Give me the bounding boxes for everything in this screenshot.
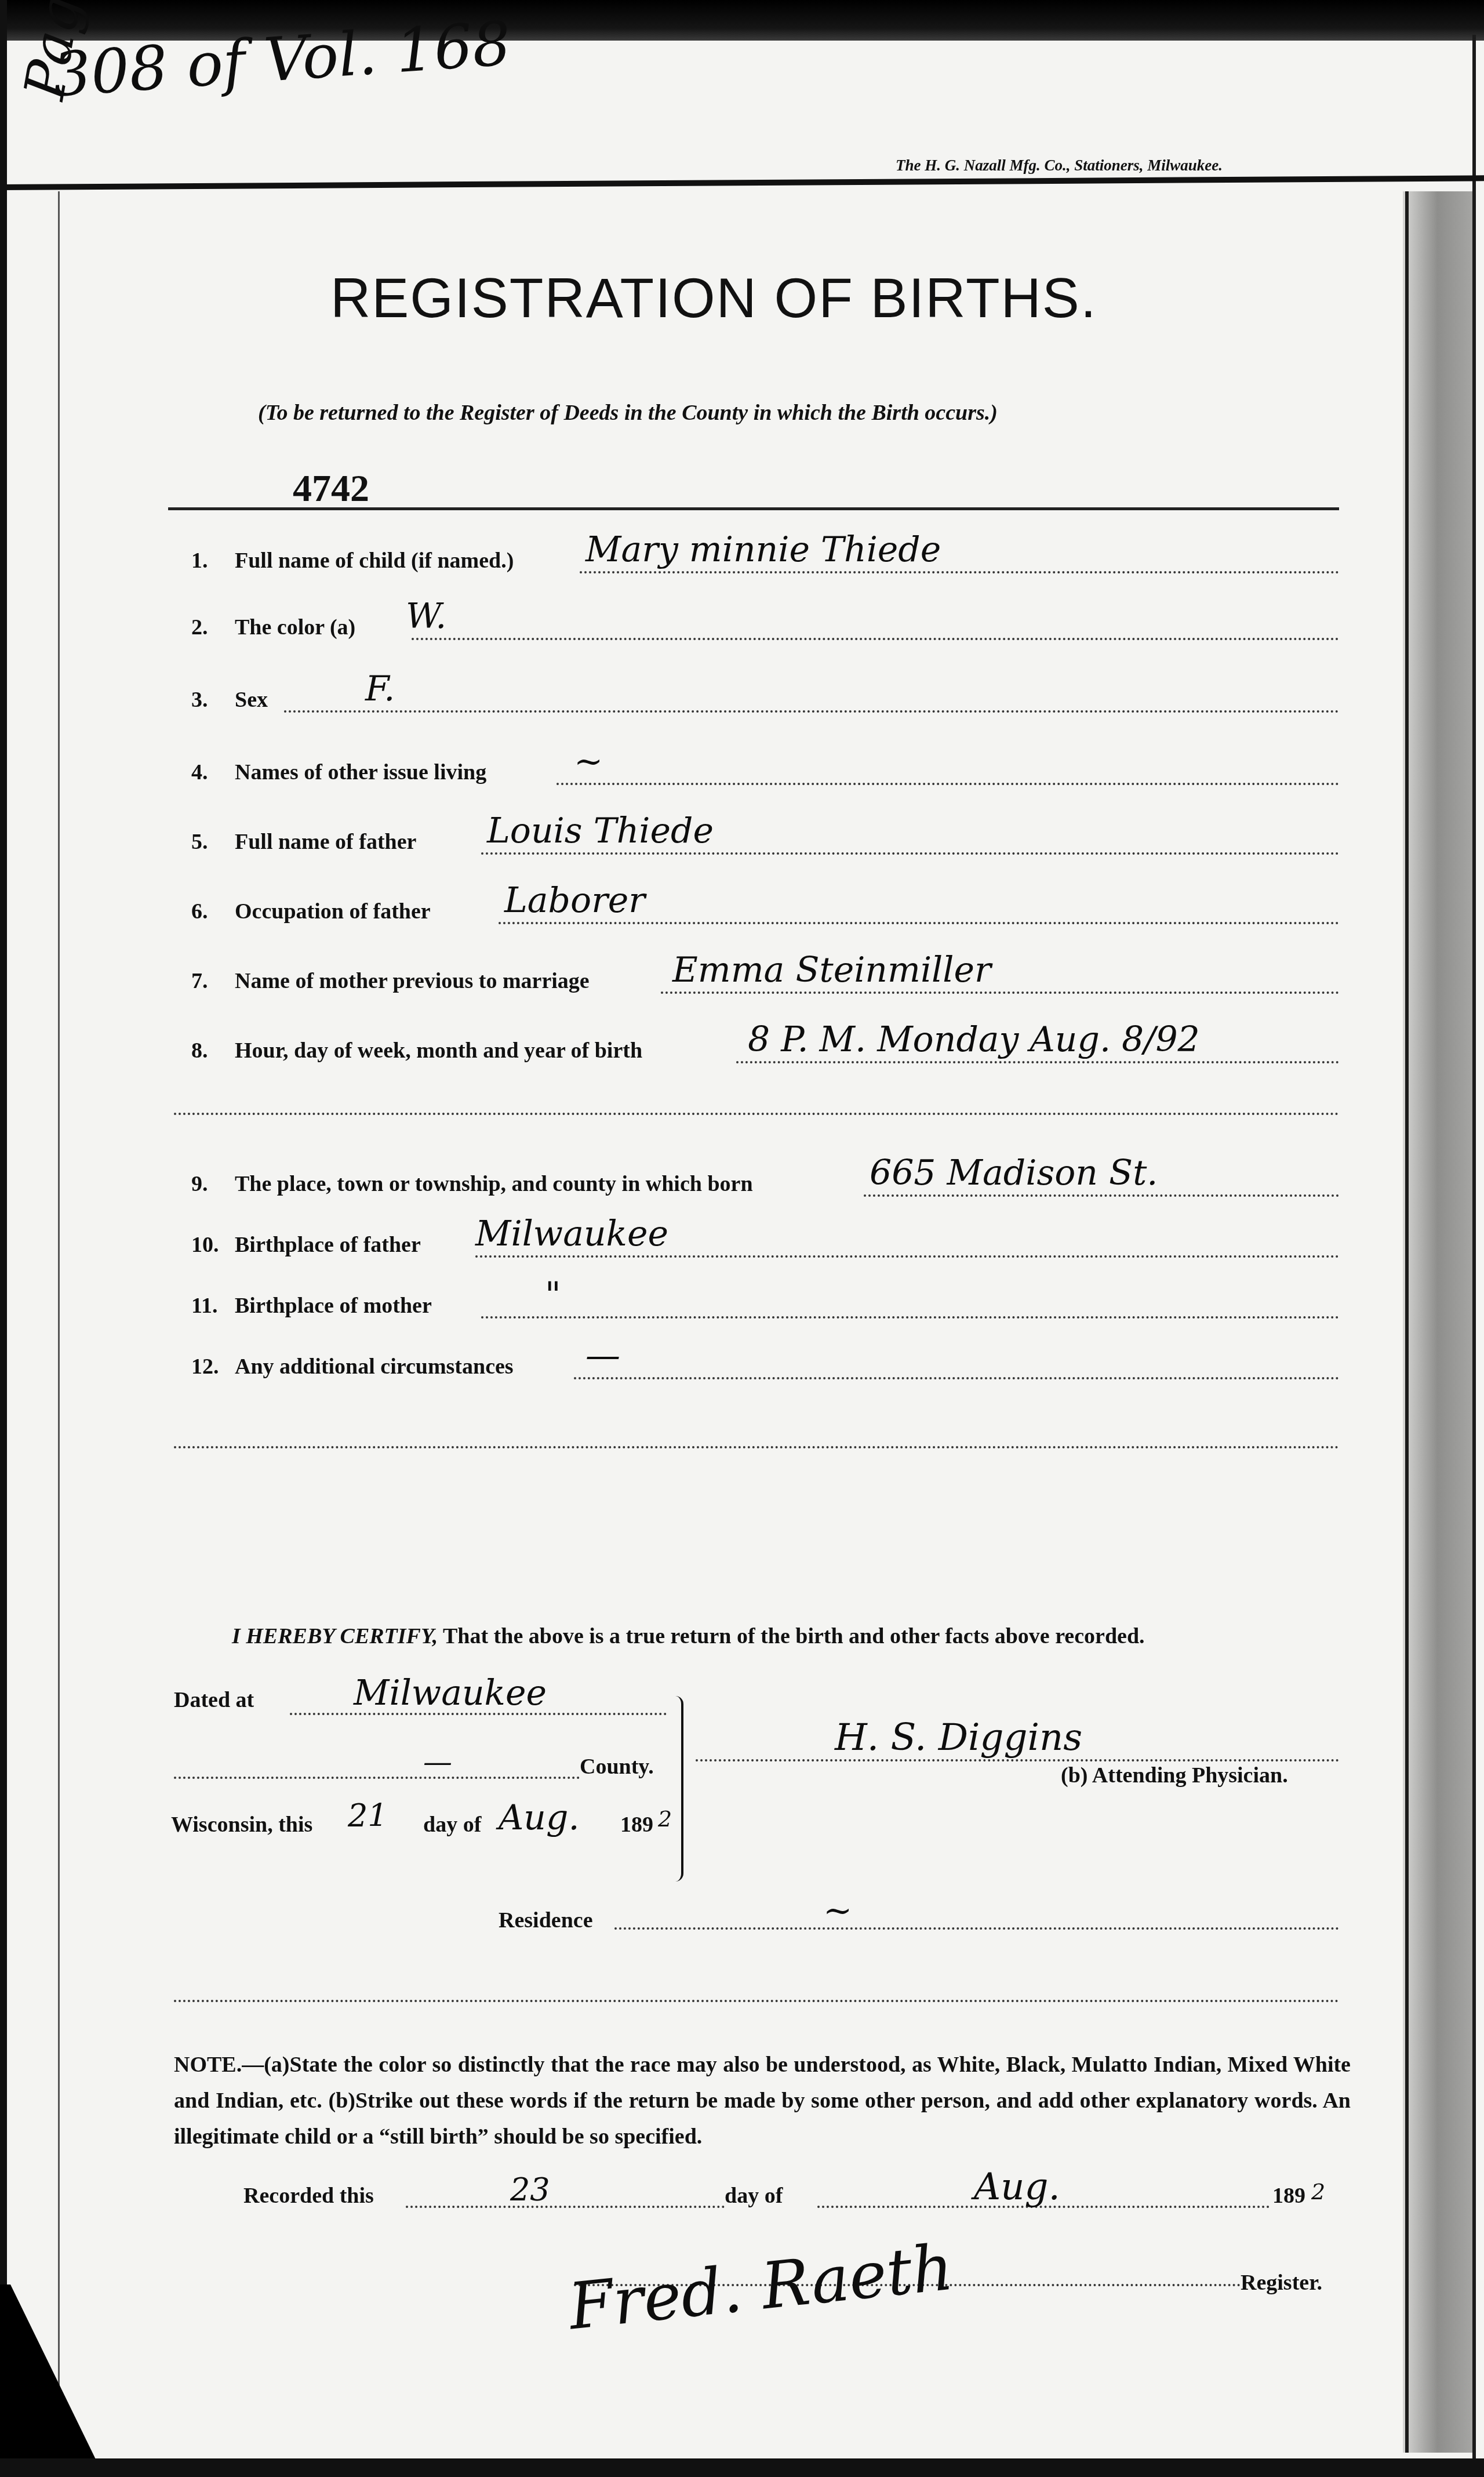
- field-line: [284, 709, 1339, 713]
- field-child-name: 1. Full name of child (if named.) Mary m…: [191, 536, 1339, 577]
- field-line: [499, 920, 1339, 924]
- field-value: Mary minnie Thiede: [585, 529, 941, 570]
- certify-day-of-label: day of: [423, 1812, 481, 1837]
- registration-number: 4742: [293, 467, 369, 511]
- brace: [675, 1696, 683, 1882]
- field-number: 1.: [191, 548, 226, 573]
- field-value: Laborer: [504, 880, 645, 921]
- field-label: Sex: [235, 687, 268, 713]
- dated-at-label: Dated at: [174, 1687, 254, 1713]
- page-edge-rule: [1472, 35, 1476, 2470]
- residence-line: [614, 1925, 1339, 1930]
- field-value: —: [585, 1335, 620, 1376]
- field-value: ": [545, 1274, 561, 1315]
- field-color: 2. The color (a) W.: [191, 603, 1339, 644]
- header-rule: [0, 175, 1484, 190]
- residence-value: ~: [823, 1890, 852, 1931]
- register-signature: Fred. Raeth: [565, 2230, 956, 2344]
- field-line: [481, 851, 1339, 855]
- recorded-year-suffix: 2: [1311, 2179, 1325, 2204]
- register-label: Register.: [1241, 2270, 1322, 2296]
- field-value: W.: [406, 596, 446, 637]
- field-number: 12.: [191, 1354, 226, 1379]
- certification-statement: I HEREBY CERTIFY, That the above is a tr…: [232, 1624, 1145, 1649]
- form-subtitle: (To be returned to the Register of Deeds…: [258, 400, 998, 426]
- field-line: [580, 569, 1339, 573]
- field-label: Full name of father: [235, 829, 416, 855]
- field-number: 6.: [191, 899, 226, 924]
- field-father-occupation: 6. Occupation of father Laborer: [191, 887, 1339, 928]
- field-value: Louis Thiede: [487, 811, 714, 851]
- county-label: County.: [580, 1754, 654, 1779]
- field-number: 11.: [191, 1293, 226, 1319]
- field-value: Emma Steinmiller: [672, 950, 991, 990]
- residence-label: Residence: [499, 1908, 593, 1933]
- scan-bottom-border: [0, 2458, 1484, 2477]
- physician-signature: H. S. Diggins: [835, 1716, 1082, 1759]
- field-number: 8.: [191, 1038, 226, 1063]
- field-birth-datetime: 8. Hour, day of week, month and year of …: [191, 1026, 1339, 1067]
- field-label: The color (a): [235, 615, 355, 640]
- field-line: [574, 1375, 1339, 1379]
- form-title: REGISTRATION OF BIRTHS.: [330, 267, 1097, 330]
- physician-label: (b) Attending Physician.: [1061, 1763, 1288, 1788]
- field-number: 7.: [191, 968, 226, 994]
- field-label: Birthplace of father: [235, 1232, 421, 1258]
- field-label: Hour, day of week, month and year of bir…: [235, 1038, 642, 1063]
- field-line: [736, 1059, 1339, 1063]
- field-number: 5.: [191, 829, 226, 855]
- field-value: ~: [574, 741, 603, 782]
- recorded-day-line: [406, 2203, 725, 2208]
- field-value: Milwaukee: [475, 1214, 668, 1254]
- certify-year-suffix: 2: [658, 1806, 672, 1832]
- recorded-day-of-label: day of: [725, 2183, 783, 2209]
- field-number: 10.: [191, 1232, 226, 1258]
- certify-year-prefix: 189: [620, 1812, 653, 1837]
- registration-rule: [168, 507, 1339, 510]
- field-line: [412, 636, 1339, 640]
- field-line: [661, 990, 1339, 994]
- county-value: —: [423, 1745, 452, 1779]
- field-additional-circumstances: 12. Any additional circumstances —: [191, 1342, 1339, 1383]
- continuation-line: [174, 1997, 1339, 2002]
- field-number: 4.: [191, 760, 226, 785]
- field-sex: 3. Sex F.: [191, 675, 1339, 716]
- field-label: Name of mother previous to marriage: [235, 968, 590, 994]
- recorded-month-value: Aug.: [974, 2166, 1060, 2209]
- field-line: [864, 1193, 1339, 1197]
- field-value: F.: [365, 669, 395, 709]
- field-line: [475, 1254, 1339, 1258]
- field-number: 2.: [191, 615, 226, 640]
- field-other-issue: 4. Names of other issue living ~: [191, 748, 1339, 789]
- recorded-label: Recorded this: [243, 2183, 374, 2209]
- field-mother-maiden-name: 7. Name of mother previous to marriage E…: [191, 957, 1339, 997]
- continuation-line: [174, 1444, 1339, 1448]
- field-father-name: 5. Full name of father Louis Thiede: [191, 818, 1339, 858]
- certify-month-value: Aug.: [499, 1797, 579, 1838]
- continuation-line: [174, 1110, 1339, 1115]
- field-line: [481, 1314, 1339, 1319]
- recorded-year-prefix: 189: [1272, 2183, 1305, 2209]
- field-label: Birthplace of mother: [235, 1293, 432, 1319]
- certify-text: That the above is a true return of the b…: [443, 1624, 1145, 1648]
- field-label: Occupation of father: [235, 899, 431, 924]
- field-number: 3.: [191, 687, 226, 713]
- form-note: NOTE.—(a)State the color so distinctly t…: [174, 2047, 1351, 2155]
- recorded-day-value: 23: [510, 2171, 550, 2208]
- stationer-imprint: The H. G. Nazall Mfg. Co., Stationers, M…: [896, 157, 1223, 175]
- field-number: 9.: [191, 1171, 226, 1197]
- certify-day-value: 21: [348, 1797, 388, 1834]
- field-line: [556, 781, 1339, 785]
- wisconsin-label: Wisconsin, this: [171, 1812, 312, 1837]
- field-value: 665 Madison St.: [870, 1153, 1158, 1193]
- field-birth-place: 9. The place, town or township, and coun…: [191, 1160, 1339, 1200]
- margin-rule-right: [1405, 191, 1409, 2453]
- field-mother-birthplace: 11. Birthplace of mother ": [191, 1281, 1339, 1322]
- field-label: Full name of child (if named.): [235, 548, 514, 573]
- scan-corner-shadow: [0, 2284, 104, 2477]
- dated-at-value: Milwaukee: [354, 1673, 547, 1713]
- margin-rule-left: [58, 191, 60, 2464]
- county-line: [174, 1774, 580, 1779]
- certify-lead: I HEREBY CERTIFY,: [232, 1624, 438, 1648]
- page-binding-shadow: [1403, 191, 1472, 2453]
- field-label: Any additional circumstances: [235, 1354, 514, 1379]
- field-label: The place, town or township, and county …: [235, 1171, 753, 1197]
- field-value: 8 P. M. Monday Aug. 8/92: [748, 1019, 1200, 1060]
- scan-left-border: [0, 0, 7, 2477]
- field-father-birthplace: 10. Birthplace of father Milwaukee: [191, 1221, 1339, 1261]
- field-label: Names of other issue living: [235, 760, 486, 785]
